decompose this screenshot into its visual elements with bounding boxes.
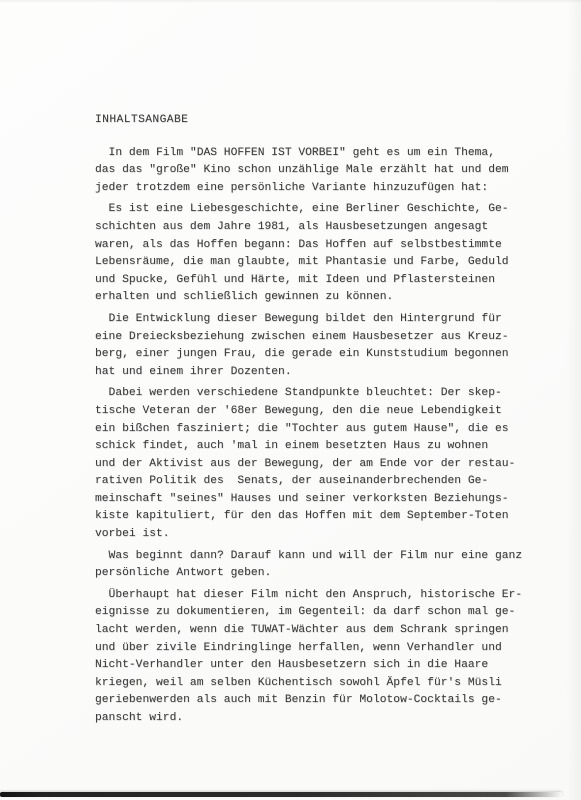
scan-artifact-bottom-edge — [0, 792, 562, 797]
paragraph-what-begins: Was beginnt dann? Darauf kann und will d… — [95, 548, 535, 583]
document-text: INHALTSANGABE In dem Film "DAS HOFFEN IS… — [95, 112, 535, 732]
scan-artifact-top-edge — [0, 0, 581, 3]
paragraph-standpoints: Dabei werden verschiedene Standpunkte bl… — [95, 385, 535, 543]
scan-artifact-right-shading — [567, 0, 581, 800]
paragraph-love-story: Es ist eine Liebesgeschichte, eine Berli… — [95, 201, 535, 307]
paragraph-no-documentary: Überhaupt hat dieser Film nicht den Ansp… — [95, 587, 535, 728]
scanned-document-page: INHALTSANGABE In dem Film "DAS HOFFEN IS… — [0, 0, 581, 800]
paragraph-intro: In dem Film "DAS HOFFEN IST VORBEI" geht… — [95, 145, 535, 198]
paragraph-triangle: Die Entwicklung dieser Bewegung bildet d… — [95, 311, 535, 381]
page-title: INHALTSANGABE — [95, 112, 535, 130]
